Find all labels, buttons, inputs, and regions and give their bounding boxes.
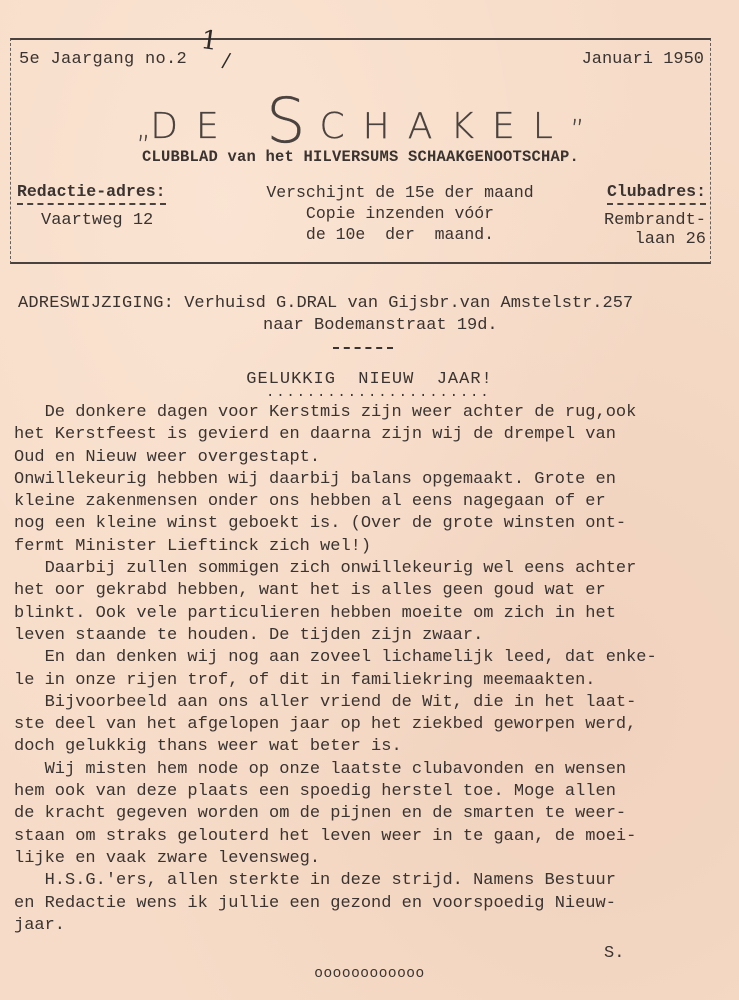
masthead: 5e Jaargang no.2 1 / Januari 1950 „DE SC…	[10, 38, 711, 264]
issue-date: Januari 1950	[582, 50, 704, 69]
article-line: het Kerstfeest is gevierd en daarna zijn…	[14, 424, 739, 446]
publication-line-3: de 10e der maand.	[235, 224, 565, 245]
article-line: ste deel van het afgelopen jaar op het z…	[14, 714, 739, 736]
article-line: leven staande te houden. De tijden zijn …	[14, 625, 739, 647]
editorial-address-block: Redactie-adres: Vaartweg 12	[17, 182, 207, 230]
issue-number: 5e Jaargang no.2	[19, 50, 187, 69]
notice-label: ADRESWIJZIGING:	[18, 294, 174, 313]
editorial-address: Vaartweg 12	[17, 211, 207, 230]
club-address-block: Clubadres: Rembrandt- laan 26	[586, 182, 706, 249]
article-line: Oud en Nieuw weer overgestapt.	[14, 447, 739, 469]
article-line: de kracht gegeven worden om de pijnen en…	[14, 803, 739, 825]
article-line: Bijvoorbeeld aan ons aller vriend de Wit…	[14, 692, 739, 714]
article-line: Daarbij zullen sommigen zich onwillekeur…	[14, 558, 739, 580]
handwritten-slash: /	[221, 48, 233, 73]
publication-info: Verschijnt de 15e der maand Copie inzend…	[235, 182, 565, 245]
title-initial: S	[266, 84, 319, 157]
publication-line-1: Verschijnt de 15e der maand	[235, 182, 565, 203]
handwritten-mark: 1	[199, 25, 220, 57]
notice-line-1: Verhuisd G.DRAL van Gijsbr.van Amstelstr…	[184, 294, 633, 313]
editorial-label: Redactie-adres:	[17, 182, 166, 205]
club-label: Clubadres:	[607, 182, 706, 205]
notice-line-2: naar Bodemanstraat 19d.	[263, 316, 498, 335]
article-line: fermt Minister Lieftinck zich wel!)	[14, 536, 739, 558]
address-change-notice: ADRESWIJZIGING: Verhuisd G.DRAL van Gijs…	[18, 293, 633, 337]
newsletter-page: 5e Jaargang no.2 1 / Januari 1950 „DE SC…	[0, 0, 739, 1000]
title-close-quote: ”	[571, 115, 584, 145]
article-line: blinkt. Ook vele particulieren hebben mo…	[14, 603, 739, 625]
title-open-quote: „	[137, 115, 150, 145]
footer-ornament: oooooooooooo	[0, 966, 739, 982]
section-divider	[333, 347, 393, 349]
newsletter-subtitle: CLUBBLAD van het HILVERSUMS SCHAAKGENOOT…	[11, 148, 710, 166]
article-line: H.S.G.'ers, allen sterkte in deze strijd…	[14, 870, 739, 892]
newsletter-title: „DE SCHAKEL”	[11, 84, 710, 157]
article-signature: S.	[604, 944, 624, 963]
article-line: lijke en vaak zware levensweg.	[14, 848, 739, 870]
article-line: doch gelukkig thans weer wat beter is.	[14, 736, 739, 758]
article-line: Wij misten hem node op onze laatste club…	[14, 759, 739, 781]
title-rest: CHAKEL	[320, 106, 571, 147]
publication-line-2: Copie inzenden vóór	[235, 203, 565, 224]
article-line: En dan denken wij nog aan zoveel lichame…	[14, 647, 739, 669]
article-line: en Redactie wens ik jullie een gezond en…	[14, 893, 739, 915]
article-line: het oor gekrabd hebben, want het is alle…	[14, 580, 739, 602]
heading-dotted-underline: ......................	[266, 385, 490, 401]
article-line: kleine zakenmensen onder ons hebben al e…	[14, 491, 739, 513]
article-line: De donkere dagen voor Kerstmis zijn weer…	[14, 402, 739, 424]
article-line: staan om straks gelouterd het leven weer…	[14, 826, 739, 848]
article-line: le in onze rijen trof, of dit in familie…	[14, 670, 739, 692]
article-line: nog een kleine winst geboekt is. (Over d…	[14, 513, 739, 535]
title-word-de: DE	[150, 106, 236, 147]
article-line: Onwillekeurig hebben wij daarbij balans …	[14, 469, 739, 491]
club-address-line-2: laan 26	[586, 230, 706, 249]
article-body: De donkere dagen voor Kerstmis zijn weer…	[14, 402, 739, 937]
article-line: jaar.	[14, 915, 739, 937]
article-line: hem ook van deze plaats een spoedig hers…	[14, 781, 739, 803]
club-address-line-1: Rembrandt-	[586, 211, 706, 230]
